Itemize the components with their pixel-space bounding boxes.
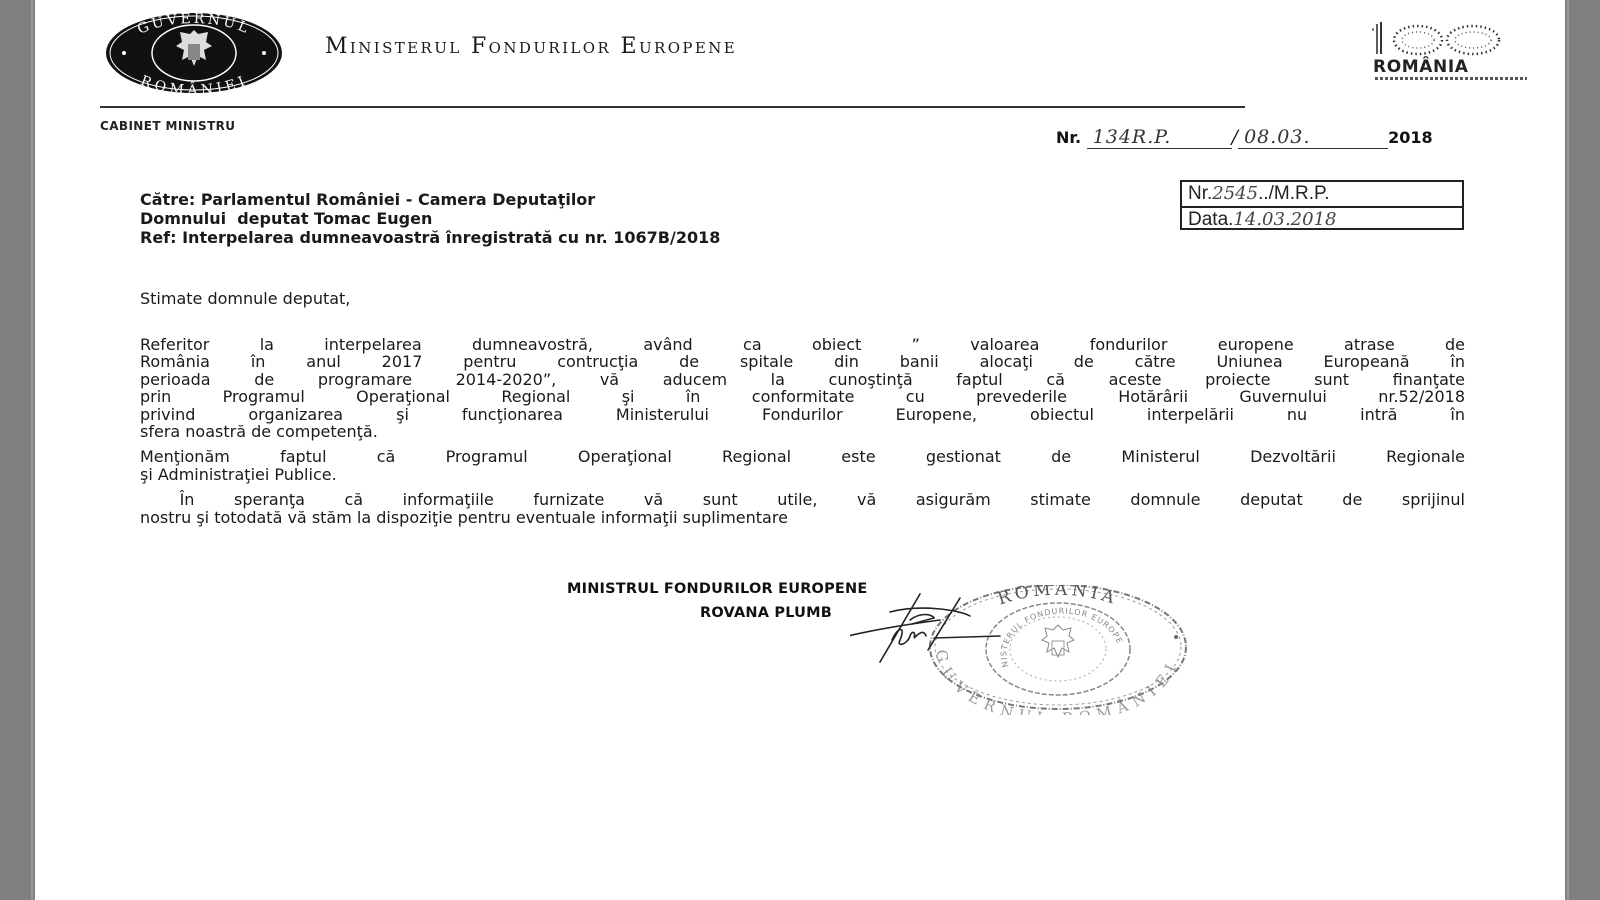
signatory-name: ROVANA PLUMB xyxy=(700,605,832,621)
centenary-logo-text: ROMÂNIA xyxy=(1373,57,1469,77)
registration-number: Nr. 134R.P. / 08.03. 2018 xyxy=(1056,126,1433,149)
addressee-block: Către: Parlamentul României - Camera Dep… xyxy=(140,190,720,247)
signatory-title: MINISTRUL FONDURILOR EUROPENE xyxy=(567,581,867,597)
body-paragraph-1: Referitor la interpelarea dumneavostră, … xyxy=(140,336,1465,440)
body-paragraph-3: În speranţa că informaţiile furnizate vă… xyxy=(140,491,1465,526)
svg-text:ROMÂNIA: ROMÂNIA xyxy=(995,585,1120,609)
viewer-right-margin xyxy=(1567,0,1600,900)
addressee-recipient: Către: Parlamentul României - Camera Dep… xyxy=(140,190,720,209)
letter-body: Referitor la interpelarea dumneavostră, … xyxy=(140,336,1465,534)
registration-year: 2018 xyxy=(1388,128,1433,147)
header-divider xyxy=(100,106,1245,108)
department-label: CABINET MINISTRU xyxy=(100,119,235,133)
stamp-date-row: Data.14.03.2018 xyxy=(1182,206,1462,230)
stamp-number-row: Nr.2545../M.R.P. xyxy=(1182,182,1462,206)
centenary-logo-subtitle xyxy=(1375,77,1527,80)
salutation: Stimate domnule deputat, xyxy=(140,289,350,308)
body-paragraph-2: Menţionăm faptul că Programul Operaţiona… xyxy=(140,448,1465,483)
registration-label: Nr. xyxy=(1056,128,1081,147)
addressee-reference: Ref: Interpelarea dumneavoastră înregist… xyxy=(140,228,720,247)
stamp-date-handwritten: 14.03.2018 xyxy=(1233,209,1336,230)
viewer-left-margin xyxy=(0,0,33,900)
registration-number-handwritten: 134R.P. xyxy=(1087,126,1232,149)
registration-date-handwritten: 08.03. xyxy=(1238,126,1388,149)
addressee-person: Domnului deputat Tomac Eugen xyxy=(140,209,720,228)
handwritten-signature xyxy=(850,590,1010,670)
ministry-title: Ministerul Fondurilor Europene xyxy=(325,34,737,59)
government-seal-logo: GUVERNUL ROMÂNIEI xyxy=(104,12,284,94)
incoming-registration-stamp: Nr.2545../M.R.P. Data.14.03.2018 xyxy=(1180,180,1464,230)
stamp-number-handwritten: 2545 xyxy=(1212,183,1258,204)
